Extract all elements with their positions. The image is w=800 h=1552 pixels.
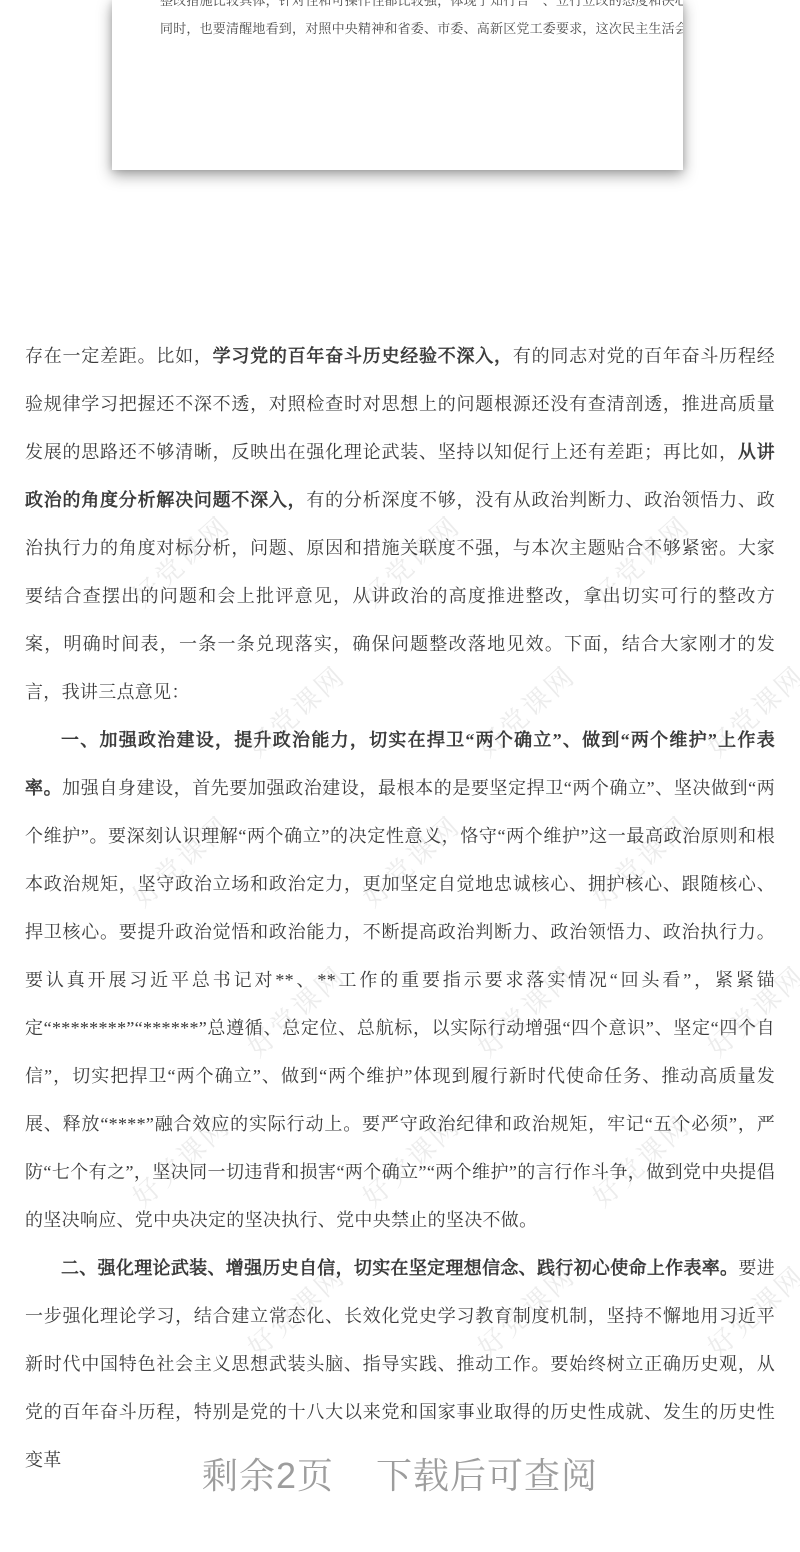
text-segment: 存在一定差距。比如， [25, 346, 213, 366]
text-segment: 有的分析深度不够，没有从政治判断力、政治领悟力、政治执行力的角度对标分析，问题、… [25, 490, 775, 702]
document-body: 存在一定差距。比如，学习党的百年奋斗历史经验不深入，有的同志对党的百年奋斗历程经… [25, 332, 775, 1484]
download-hint: 下载后可查阅 [376, 1455, 598, 1496]
previous-page-clipped-line: 整改措施比较具体，针对性和可操作性都比较强，体现了知行合一、立行立改的态度和决心… [160, 0, 654, 8]
paragraph-intro: 存在一定差距。比如，学习党的百年奋斗历史经验不深入，有的同志对党的百年奋斗历程经… [25, 332, 775, 716]
text-segment: 要进一步强化理论学习，结合建立常态化、长效化党史学习教育制度机制，坚持不懈地用习… [25, 1258, 775, 1470]
previous-page-sheet: 整改措施比较具体，针对性和可操作性都比较强，体现了知行合一、立行立改的态度和决心… [112, 0, 683, 170]
paragraph-point-1: 一、加强政治建设，提升政治能力，切实在捍卫“两个确立”、做到“两个维护”上作表率… [25, 716, 775, 1244]
previous-page-text-line: 同时，也要清醒地看到，对照中央精神和省委、市委、高新区党工委要求，这次民主生活会… [160, 21, 654, 36]
text-segment-bold: 学习党的百年奋斗历史经验不深入， [213, 346, 513, 366]
remaining-pages-notice: 剩余2页下载后可查阅 [0, 1448, 800, 1499]
point-2-heading: 二、强化理论武装、增强历史自信，切实在坚定理想信念、践行初心使命上作表率。 [61, 1258, 738, 1278]
remaining-pages-count: 剩余2页 [202, 1455, 334, 1496]
text-segment: 加强自身建设，首先要加强政治建设，最根本的是要坚定捍卫“两个确立”、坚决做到“两… [25, 778, 775, 1230]
